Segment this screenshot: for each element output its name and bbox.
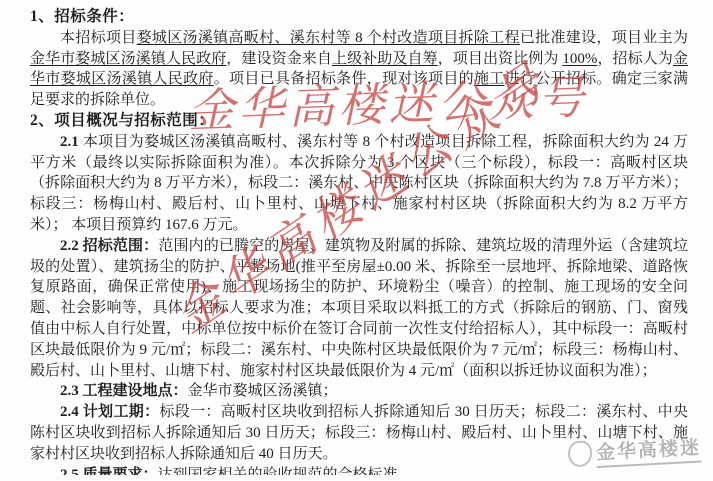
- text-run: 已批准建设，项目业主为: [520, 30, 688, 46]
- paragraph-tender-conditions: 本招标项目婺城区汤溪镇高畈村、溪东村等 8 个村改造项目拆除工程已批准建设，项目…: [30, 28, 688, 111]
- paragraph-2-5-partial: 2.5 质量要求：达到国家相关的验收规范的合格标准。: [30, 465, 688, 475]
- text-run: 2.1: [60, 134, 79, 150]
- paragraph-2-3-location: 2.3 工程建设地点：金华市婺城区汤溪镇；: [30, 381, 688, 402]
- text-run: 范围内的已腾空的房屋、建筑物及附属的拆除、建筑垃圾的清理外运（含建筑垃圾的处置）…: [30, 238, 688, 379]
- paragraph-2-4-schedule: 2.4 计划工期：标段一：高畈村区块收到招标人拆除通知后 30 日历天；标段二：…: [30, 402, 688, 464]
- text-run: 金华市婺城区汤溪镇人民政府: [30, 51, 226, 67]
- text-run: 2.5 质量要求：: [60, 467, 158, 475]
- text-run: 金华市婺城区汤溪镇；: [188, 383, 338, 399]
- text-run: 施工: [474, 71, 505, 87]
- text-run: 婺城区汤溪镇高畈村、溪东村等 8 个村改造项目拆除工程: [137, 30, 520, 46]
- paragraph-2-2-tender-scope: 2.2 招标范围：范围内的已腾空的房屋、建筑物及附属的拆除、建筑垃圾的清理外运（…: [30, 236, 688, 382]
- text-run: 2.2 招标范围：: [60, 238, 158, 254]
- document-page: 1、招标条件： 本招标项目婺城区汤溪镇高畈村、溪东村等 8 个村改造项目拆除工程…: [0, 0, 713, 481]
- text-run: 2.3 工程建设地点：: [60, 383, 188, 399]
- text-run: 本项目为婺城区汤溪镇高畈村、溪东村等 8 个村改造项目拆除工程，拆除面积大约为 …: [30, 134, 688, 233]
- text-run: 100%: [562, 51, 597, 67]
- section-2-heading: 2、项目概况与招标范围：: [30, 111, 688, 132]
- text-run: 上级补助及自筹: [332, 51, 438, 67]
- paragraph-2-1-project-overview: 2.1 本项目为婺城区汤溪镇高畈村、溪东村等 8 个村改造项目拆除工程，拆除面积…: [30, 132, 688, 236]
- text-run: 本招标项目: [60, 30, 137, 46]
- tender-notice-body: 1、招标条件： 本招标项目婺城区汤溪镇高畈村、溪东村等 8 个村改造项目拆除工程…: [0, 0, 713, 475]
- text-run: ，招标人为: [597, 51, 673, 67]
- text-run: ，项目出资比例为: [438, 51, 563, 67]
- text-run: 2.4 计划工期：: [60, 404, 159, 420]
- text-run: 。项目已具备招标条件，现对该项目的: [214, 71, 474, 87]
- clipped-line-wrapper: 2.5 质量要求：达到国家相关的验收规范的合格标准。: [30, 465, 688, 475]
- text-run: 达到国家相关的验收规范的合格标准。: [158, 467, 413, 475]
- text-run: ，建设资金来自: [226, 51, 332, 67]
- section-1-heading: 1、招标条件：: [30, 7, 688, 28]
